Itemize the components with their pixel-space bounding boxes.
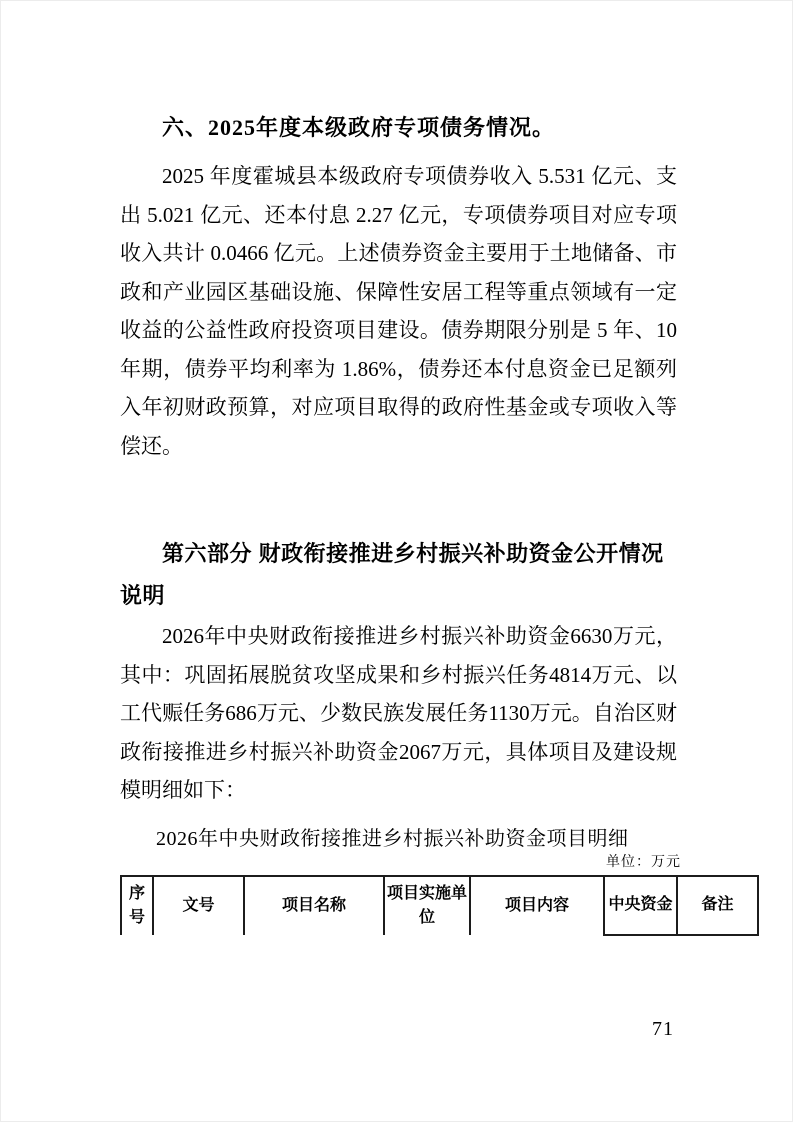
header-cell-remarks: 备注 xyxy=(677,876,758,935)
header-cell-implementing-unit: 项目实施单位 xyxy=(384,876,470,935)
paragraph-rural: 2026年中央财政衔接推进乡村振兴补助资金6630万元，其中：巩固拓展脱贫攻坚成… xyxy=(120,617,677,810)
table-caption: 2026年中央财政衔接推进乡村振兴补助资金项目明细 xyxy=(120,826,677,853)
table-header-row: 序号 文号 项目名称 项目实施单位 项目内容 中央资金 备注 xyxy=(121,876,758,935)
header-cell-central-funds: 中央资金 xyxy=(604,876,677,935)
page-number: 71 xyxy=(652,1017,674,1041)
unit-note: 单位：万元 xyxy=(120,854,757,872)
section-heading-rural: 第六部分 财政衔接推进乡村振兴补助资金公开情况说明 xyxy=(120,533,677,617)
header-cell-project-content: 项目内容 xyxy=(470,876,604,935)
section-heading-debt: 六、2025年度本级政府专项债务情况。 xyxy=(120,111,677,145)
header-cell-doc-number: 文号 xyxy=(153,876,244,935)
header-cell-seq: 序号 xyxy=(121,876,153,935)
header-cell-project-name: 项目名称 xyxy=(244,876,384,935)
rural-subsidy-table: 序号 文号 项目名称 项目实施单位 项目内容 中央资金 备注 xyxy=(120,875,759,936)
paragraph-debt: 2025 年度霍城县本级政府专项债券收入 5.531 亿元、支出 5.021 亿… xyxy=(120,157,677,465)
document-page: 六、2025年度本级政府专项债务情况。 2025 年度霍城县本级政府专项债券收入… xyxy=(0,0,793,1122)
